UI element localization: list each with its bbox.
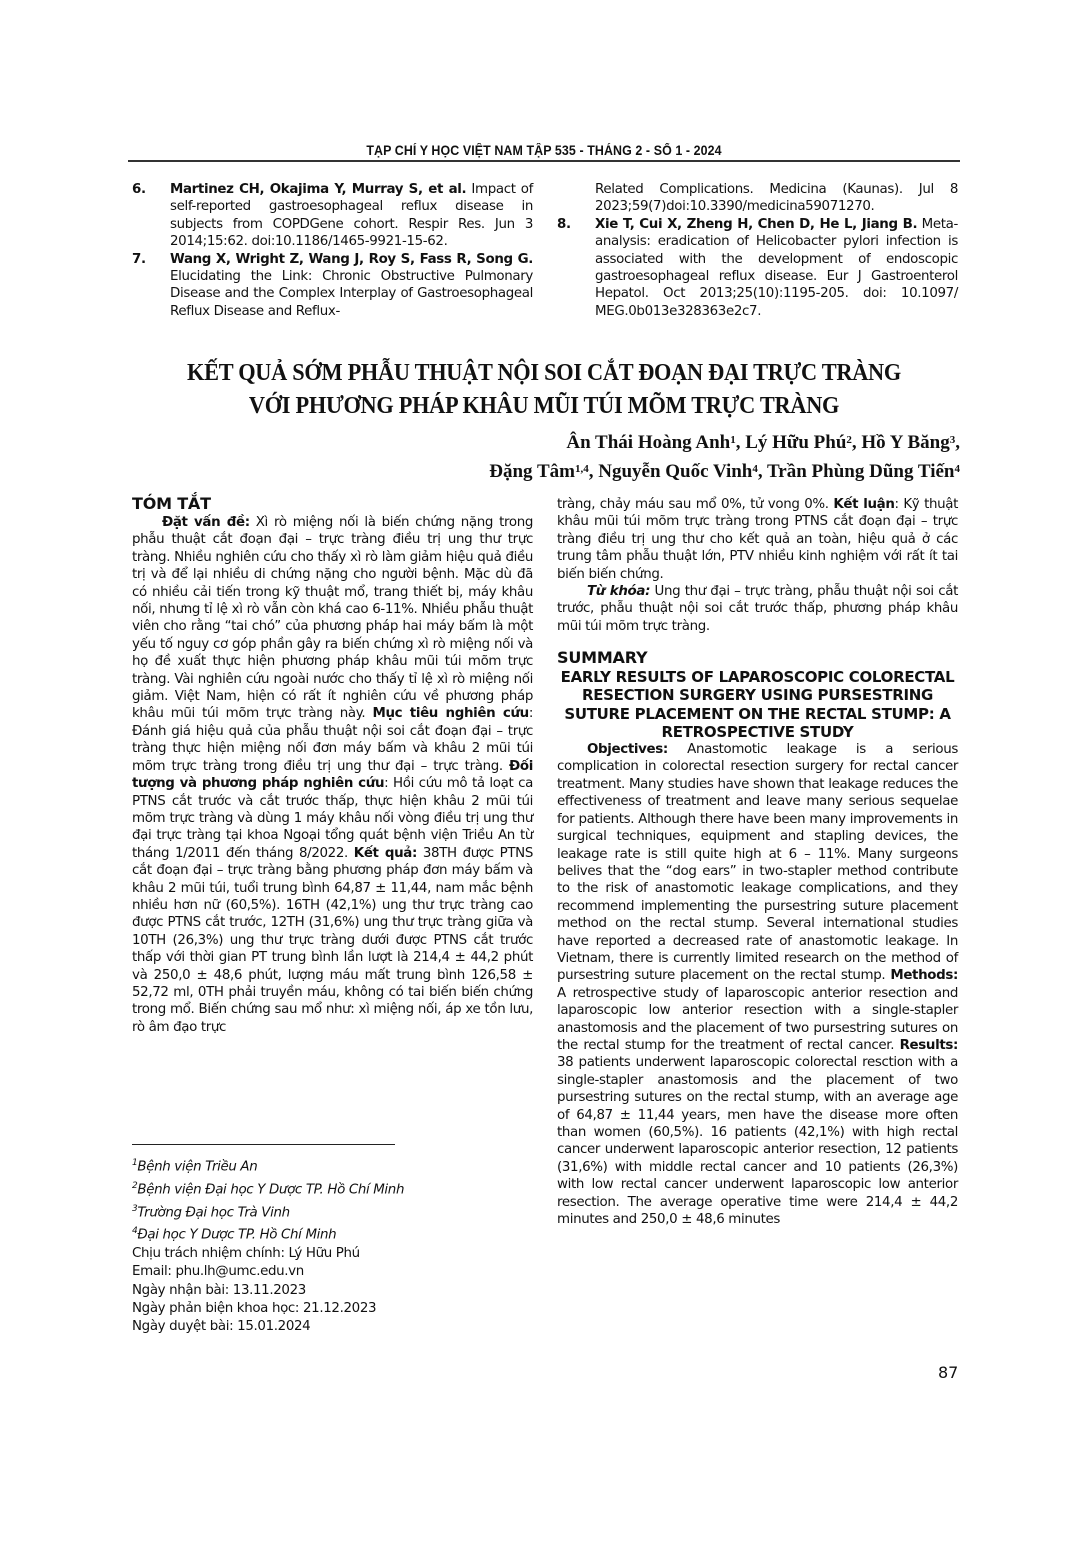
affiliation-1: 1Bệnh viện Triều An bbox=[132, 1154, 532, 1177]
affiliation-text: Bệnh viện Triều An bbox=[137, 1159, 257, 1174]
reference-number: 7. bbox=[132, 251, 146, 268]
author-affiliation: 1 bbox=[730, 434, 736, 446]
affiliation-text: Đại học Y Dược TP. Hồ Chí Minh bbox=[137, 1228, 336, 1243]
summary-body: Objectives: Anastomotic leakage is a ser… bbox=[557, 741, 958, 1228]
english-title: EARLY RESULTS OF LAPAROSCOPIC COLORECTAL… bbox=[557, 668, 958, 741]
reference-6: 6. Martinez CH, Okajima Y, Murray S, et … bbox=[132, 181, 533, 251]
reference-text: Related Complications. Medicina (Kaunas)… bbox=[595, 182, 958, 214]
reference-authors: Martinez CH, Okajima Y, Murray S, et al. bbox=[170, 182, 466, 197]
page-number: 87 bbox=[938, 1363, 958, 1382]
summary-heading: SUMMARY bbox=[557, 648, 958, 668]
date-accepted: Ngày duyệt bài: 15.01.2024 bbox=[132, 1318, 532, 1336]
author-affiliation: 3 bbox=[950, 434, 956, 446]
reference-authors: Xie T, Cui X, Zheng H, Chen D, He L, Jia… bbox=[595, 217, 917, 232]
author-name: Hồ Y Băng bbox=[861, 432, 949, 453]
journal-header: TẠP CHÍ Y HỌC VIỆT NAM TẬP 535 - THÁNG 2… bbox=[161, 143, 926, 158]
corresponding-author: Chịu trách nhiệm chính: Lý Hữu Phú bbox=[132, 1245, 532, 1263]
label-methods: Methods: bbox=[890, 968, 958, 983]
reference-number: 8. bbox=[557, 216, 571, 233]
abstract-continuation: tràng, chảy máu sau mổ 0%, tử vong 0%. K… bbox=[557, 496, 958, 583]
reference-text: Meta-analysis: eradication of Helicobact… bbox=[595, 217, 958, 319]
affiliation-4: 4Đại học Y Dược TP. Hồ Chí Minh bbox=[132, 1222, 532, 1245]
author-name: Đặng Tâm bbox=[489, 461, 575, 482]
reference-7-continued: Related Complications. Medicina (Kaunas)… bbox=[557, 181, 958, 216]
text-ket-qua: 38TH được PTNS cắt đoạn đại – trực tràng… bbox=[132, 846, 533, 1035]
label-ket-luan: Kết luận bbox=[833, 497, 894, 512]
label-ket-qua: Kết quả: bbox=[354, 846, 417, 861]
reference-authors: Wang X, Wright Z, Wang J, Roy S, Fass R,… bbox=[170, 252, 533, 267]
references-right: Related Complications. Medicina (Kaunas)… bbox=[557, 181, 958, 320]
abstract-heading: TÓM TẮT bbox=[132, 494, 533, 514]
label-tu-khoa: Từ khóa: bbox=[587, 584, 650, 599]
affiliation-text: Bệnh viện Đại học Y Dược TP. Hồ Chí Minh bbox=[137, 1182, 404, 1197]
text-objectives: Anastomotic leakage is a serious complic… bbox=[557, 742, 958, 983]
author-affiliation: 1,4 bbox=[575, 463, 589, 475]
author-affiliation: 4 bbox=[955, 463, 961, 475]
author-affiliation: 2 bbox=[846, 434, 852, 446]
references-left: 6. Martinez CH, Okajima Y, Murray S, et … bbox=[132, 181, 533, 320]
header-rule bbox=[128, 160, 960, 162]
title-line-2: VỚI PHƯƠNG PHÁP KHÂU MŨI TÚI MÕM TRỰC TR… bbox=[157, 390, 931, 423]
article-title: KẾT QUẢ SỚM PHẪU THUẬT NỘI SOI CẮT ĐOẠN … bbox=[157, 357, 931, 423]
date-received: Ngày nhận bài: 13.11.2023 bbox=[132, 1282, 532, 1300]
label-objectives: Objectives: bbox=[587, 742, 668, 757]
affiliation-text: Trường Đại học Trà Vinh bbox=[137, 1205, 289, 1220]
abstract-right-column: tràng, chảy máu sau mổ 0%, tử vong 0%. K… bbox=[557, 496, 958, 1228]
footnotes: 1Bệnh viện Triều An 2Bệnh viện Đại học Y… bbox=[132, 1154, 532, 1337]
reference-7: 7. Wang X, Wright Z, Wang J, Roy S, Fass… bbox=[132, 251, 533, 321]
abstract-vietnamese: TÓM TẮT Đặt vấn đề: Xì rò miệng nối là b… bbox=[132, 494, 533, 1036]
reference-text: Elucidating the Link: Chronic Obstructiv… bbox=[170, 269, 533, 319]
affiliation-2: 2Bệnh viện Đại học Y Dược TP. Hồ Chí Min… bbox=[132, 1177, 532, 1200]
email-link[interactable]: Email: phu.lh@umc.edu.vn bbox=[132, 1263, 532, 1281]
label-results: Results: bbox=[900, 1038, 958, 1053]
text-results: 38 patients underwent laparoscopic color… bbox=[557, 1055, 958, 1227]
label-dat-van-de: Đặt vấn đề: bbox=[162, 515, 250, 530]
authors-line-2: Đặng Tâm1,4, Nguyễn Quốc Vinh4, Trần Phù… bbox=[489, 457, 960, 486]
author-list: Ân Thái Hoàng Anh1, Lý Hữu Phú2, Hồ Y Bă… bbox=[489, 428, 960, 486]
label-muc-tieu: Mục tiêu nghiên cứu bbox=[372, 706, 528, 721]
abstract-body: Đặt vấn đề: Xì rò miệng nối là biến chứn… bbox=[132, 514, 533, 1036]
author-affiliation: 4 bbox=[752, 463, 758, 475]
text-ket-qua-continued: tràng, chảy máu sau mổ 0%, tử vong 0%. bbox=[557, 497, 833, 512]
author-name: Nguyễn Quốc Vinh bbox=[598, 461, 752, 482]
affiliation-3: 3Trường Đại học Trà Vinh bbox=[132, 1200, 532, 1223]
date-reviewed: Ngày phản biện khoa học: 21.12.2023 bbox=[132, 1300, 532, 1318]
text-dat-van-de: Xì rò miệng nối là biến chứng nặng trong… bbox=[132, 515, 533, 721]
footnote-rule bbox=[132, 1144, 395, 1145]
keywords: Từ khóa: Ung thư đại – trực tràng, phẫu … bbox=[557, 583, 958, 635]
title-line-1: KẾT QUẢ SỚM PHẪU THUẬT NỘI SOI CẮT ĐOẠN … bbox=[157, 357, 931, 390]
author-name: Lý Hữu Phú bbox=[745, 432, 846, 453]
reference-number: 6. bbox=[132, 181, 146, 198]
authors-line-1: Ân Thái Hoàng Anh1, Lý Hữu Phú2, Hồ Y Bă… bbox=[489, 428, 960, 457]
author-name: Ân Thái Hoàng Anh bbox=[566, 432, 730, 453]
reference-8: 8. Xie T, Cui X, Zheng H, Chen D, He L, … bbox=[557, 216, 958, 320]
text-methods: A retrospective study of laparoscopic an… bbox=[557, 986, 958, 1053]
journal-page: TẠP CHÍ Y HỌC VIỆT NAM TẬP 535 - THÁNG 2… bbox=[0, 0, 1090, 1541]
author-name: Trần Phùng Dũng Tiến bbox=[767, 461, 954, 482]
